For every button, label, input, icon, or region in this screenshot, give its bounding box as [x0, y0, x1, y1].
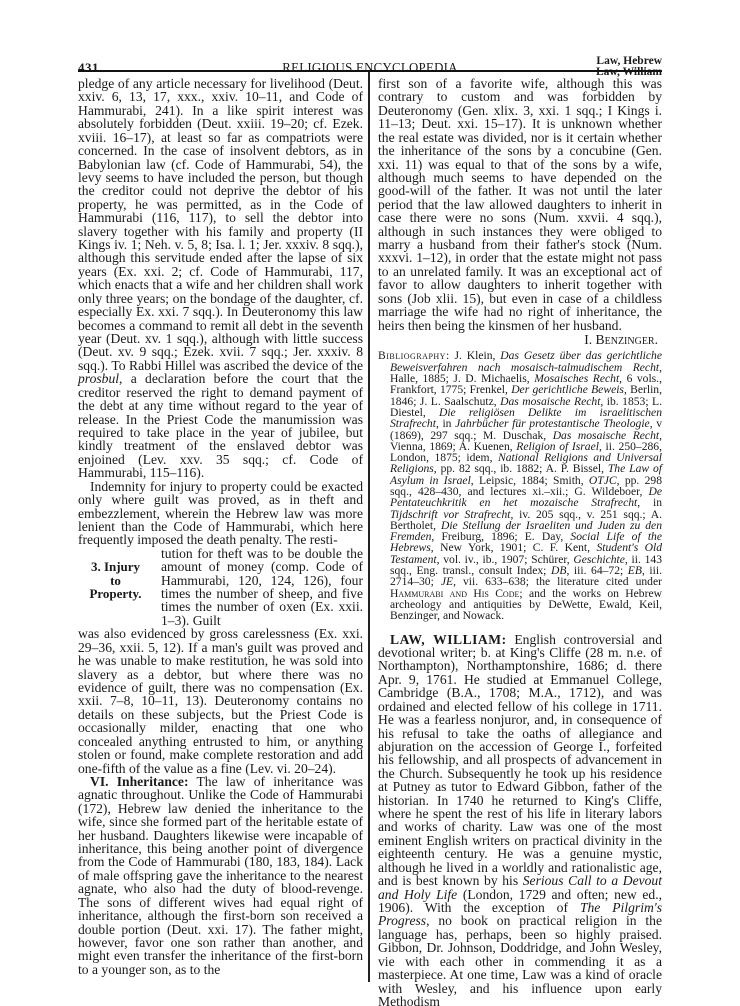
header-rule — [78, 70, 662, 72]
sidenote-block: 3. Injury to Property. tution for theft … — [78, 547, 363, 628]
paragraph-debt: pledge of any article necessary for live… — [78, 77, 363, 480]
paragraph-injury-side: tution for theft was to be double the am… — [153, 547, 363, 628]
right-column: first son of a favorite wife, although t… — [378, 77, 662, 1006]
entry-body: English controversial and devotional wri… — [378, 632, 662, 1006]
page-header: 431 RELIGIOUS ENCYCLOPEDIA Law, Hebrew L… — [78, 56, 662, 70]
column-divider — [368, 72, 370, 982]
entry-law-william: LAW, WILLIAM: English controversial and … — [378, 633, 662, 1006]
guide-words: Law, Hebrew Law, William — [596, 56, 662, 78]
left-column: pledge of any article necessary for live… — [78, 77, 363, 976]
paragraph-injury-end: was also evidenced by gross carelessness… — [78, 627, 363, 775]
running-title: RELIGIOUS ENCYCLOPEDIA — [93, 60, 648, 76]
paragraph-inheritance-cont: first son of a favorite wife, although t… — [378, 77, 662, 332]
bibliography-body: J. Klein, Das Gesetz über das gerichtlic… — [390, 349, 662, 622]
sidenote-injury-to-property: 3. Injury to Property. — [78, 547, 153, 628]
author-signature: I. Benzinger. — [378, 333, 662, 346]
paragraph-inheritance: VI. Inheritance: The law of inheritance … — [78, 775, 363, 976]
bibliography: Bibliography: J. Klein, Das Gesetz über … — [378, 350, 662, 621]
paragraph-injury-start: Indemnity for injury to property could b… — [78, 480, 363, 547]
